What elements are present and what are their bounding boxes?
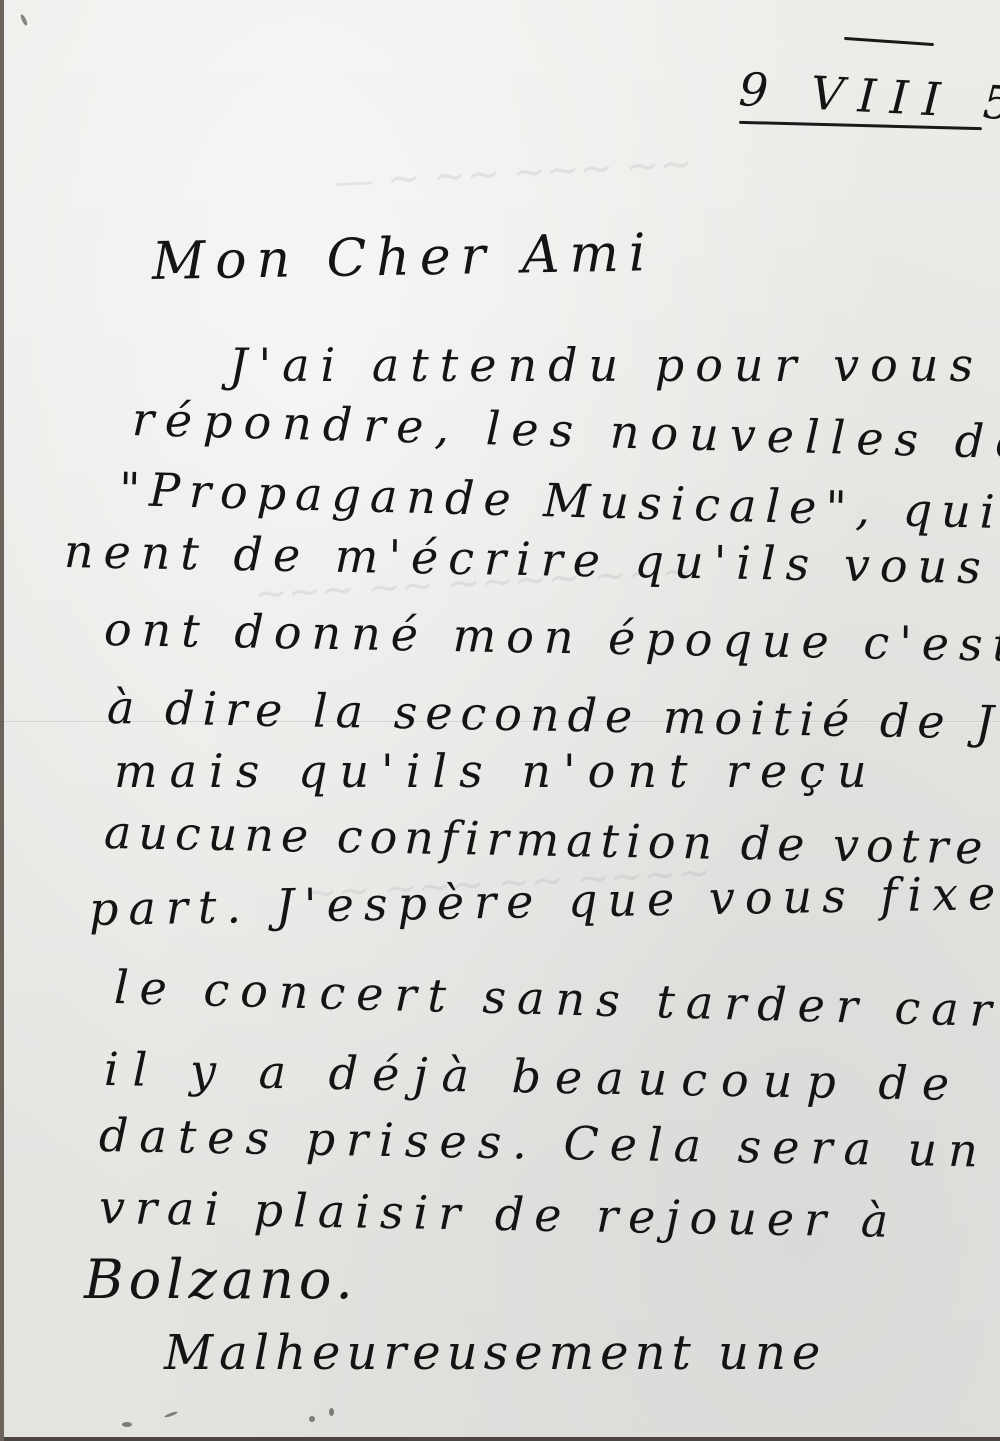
ink-speck [329, 1408, 334, 1416]
ink-speck [20, 14, 29, 27]
ink-speck [309, 1416, 315, 1422]
page-bottom-edge [4, 1437, 1000, 1441]
letter-line: ont donné mon époque c'est [104, 602, 1000, 672]
letter-line: le concert sans tarder car [113, 960, 1000, 1037]
letter-line: Bolzano. [84, 1248, 358, 1311]
letter-line: à dire la seconde moitié de Janvier [107, 680, 1000, 753]
letter-line: vrai plaisir de rejouer à [99, 1180, 899, 1248]
ink-speck [122, 1422, 132, 1427]
letter-page: — ~ ~~ ~~~ ~~ ~~~ ~~ ~~~~ ~~~ ~~ ~~~ ~~ … [0, 0, 1000, 1441]
letter-line: il y a déjà beaucoup de [104, 1042, 964, 1111]
letter-line: répondre, les nouvelles de [131, 392, 1000, 470]
date-overline [844, 37, 934, 46]
letter-line: mais qu'ils n'ont reçu [114, 744, 879, 798]
letter-line: dates prises. Cela sera un [99, 1108, 990, 1178]
letter-line: aucune confirmation de votre [104, 805, 990, 874]
letter-line: Malheureusement une [164, 1325, 826, 1381]
ink-speck [164, 1411, 178, 1419]
salutation: Mon Cher Ami [151, 223, 655, 292]
bleed-through-text: — ~ ~~ ~~~ ~~ [333, 141, 694, 206]
letter-line: part. J'espère que vous fixerez [89, 864, 1000, 936]
letter-line: J'ai attendu pour vous [229, 338, 984, 392]
